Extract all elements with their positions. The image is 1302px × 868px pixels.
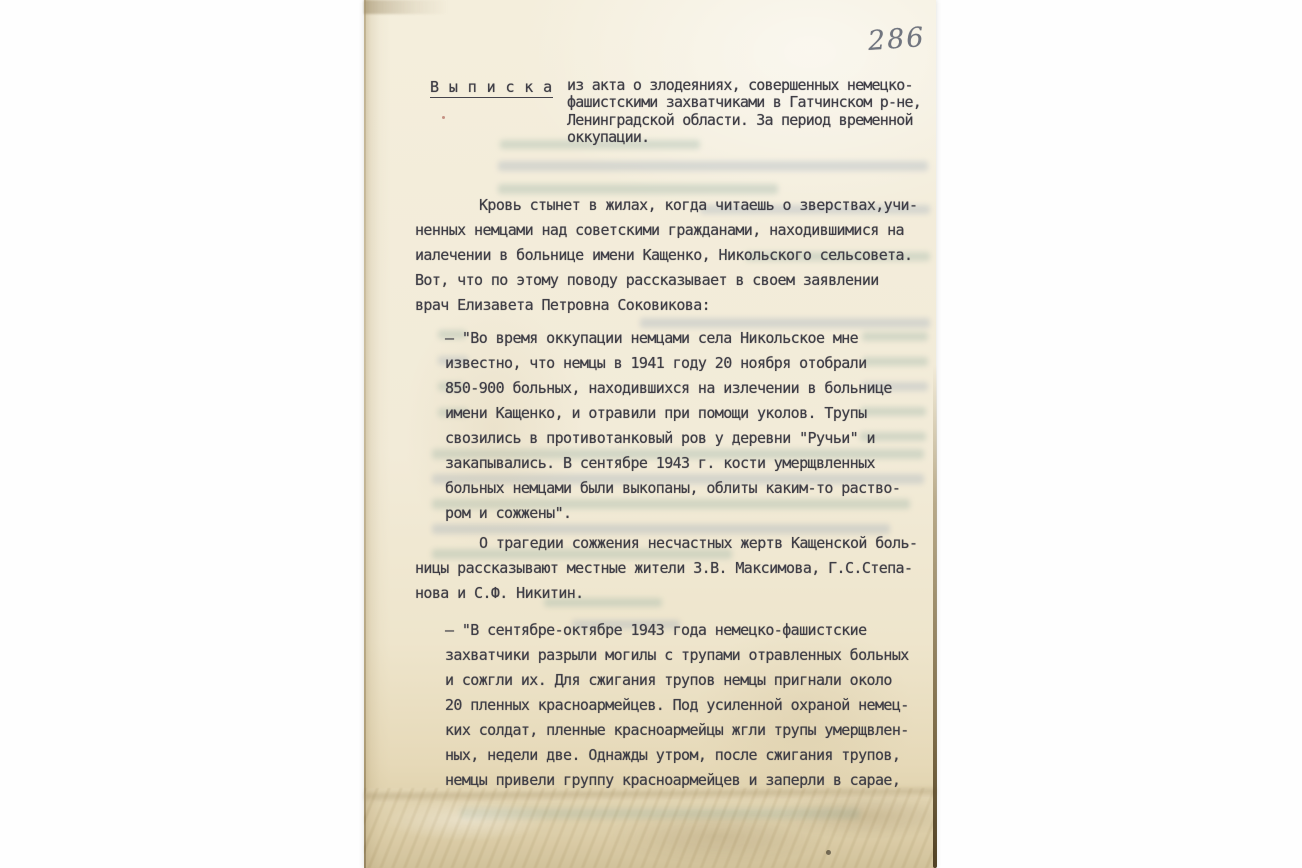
typewritten-line: больных немцами были выкопаны, облиты ка… (445, 476, 915, 501)
typewritten-line: свозились в противотанковый ров у деревн… (445, 426, 915, 451)
heading-line: фашистскими захватчиками в Гатчинском р-… (567, 94, 921, 111)
quoted-paragraph: – "Во время оккупации немцами села Никол… (445, 326, 915, 526)
paragraph: О трагедии сожжения несчастных жертв Кащ… (415, 531, 920, 606)
typewritten-line: имени Кащенко, и отравили при помощи уко… (445, 401, 915, 426)
typewritten-line: Кровь стынет в жилах, когда читаешь о зв… (415, 193, 920, 218)
typewritten-line: известно, что немцы в 1941 году 20 ноябр… (445, 351, 915, 376)
extract-heading-label: В ы п и с к а (430, 78, 553, 98)
typewritten-line: нова и С.Ф. Никитин. (415, 581, 920, 606)
document-page: 286 В ы п и с к а из акта о злодеяниях, … (364, 0, 936, 868)
typewritten-line: 850-900 больных, находившихся на излечен… (445, 376, 915, 401)
typewritten-line: ных, недели две. Однажды утром, после сж… (445, 743, 915, 768)
typewritten-line: ницы рассказывают местные жители З.В. Ма… (415, 556, 920, 581)
typewritten-line: – "В сентябре-октябре 1943 года немецко-… (445, 618, 915, 643)
typewritten-line: закапывались. В сентябре 1943 г. кости у… (445, 451, 915, 476)
paper-left-edge (364, 0, 366, 868)
typewritten-line: 20 пленных красноармейцев. Под усиленной… (445, 693, 915, 718)
typewritten-line: ких солдат, пленные красноармейцы жгли т… (445, 718, 915, 743)
typewritten-line: Вот, что по этому поводу рассказывает в … (415, 268, 920, 293)
typewritten-line: – "Во время оккупации немцами села Никол… (445, 326, 915, 351)
paper-right-edge (933, 0, 937, 868)
typewritten-line: и сожгли их. Для сжигания трупов немцы п… (445, 668, 915, 693)
typewritten-line: ненных немцами над советскими гражданами… (415, 218, 920, 243)
paper-corner-shadow (364, 0, 448, 14)
quoted-paragraph: – "В сентябре-октябре 1943 года немецко-… (445, 618, 915, 793)
typewritten-line: захватчики разрыли могилы с трупами отра… (445, 643, 915, 668)
typewritten-line: врач Елизавета Петровна Соковикова: (415, 293, 920, 318)
heading-line: оккупации. (567, 129, 921, 146)
typewritten-line: О трагедии сожжения несчастных жертв Кащ… (415, 531, 920, 556)
bleed-through-line (498, 161, 928, 171)
typewritten-line: ром и сожжены". (445, 501, 915, 526)
paragraph: Кровь стынет в жилах, когда читаешь о зв… (415, 193, 920, 318)
heading-line: из акта о злодеяниях, совершенных немецк… (567, 77, 921, 94)
heading-line: Ленинградской области. За период временн… (567, 112, 921, 129)
extract-heading-description: из акта о злодеяниях, совершенных немецк… (567, 77, 921, 146)
typewritten-line: иалечении в больнице имени Кащенко, Нико… (415, 243, 920, 268)
ink-speck (442, 116, 445, 119)
handwritten-page-number: 286 (867, 22, 927, 57)
